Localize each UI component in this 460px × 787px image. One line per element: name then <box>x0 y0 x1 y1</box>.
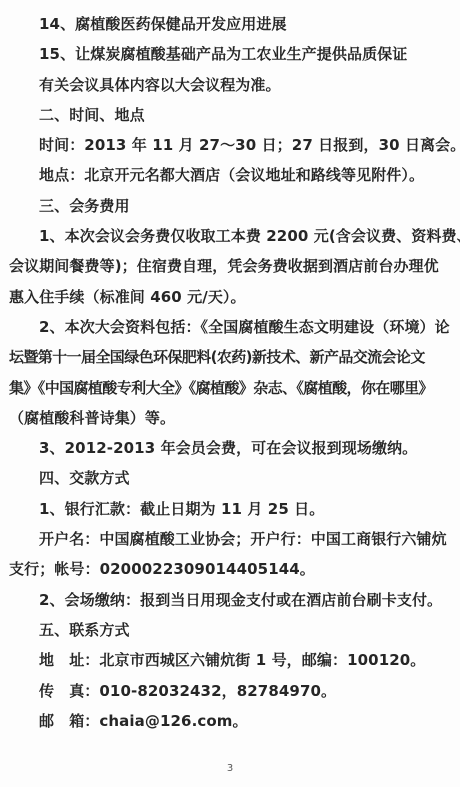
text-line: 开户名：中国腐植酸工业协会；开户行：中国工商银行六铺炕 <box>9 524 460 554</box>
text-line: 支行；帐号：0200022309014405144。 <box>9 554 460 584</box>
text-line: 地点：北京开元名都大酒店（会议地址和路线等见附件）。 <box>9 160 460 190</box>
text-line: 15、让煤炭腐植酸基础产品为工农业生产提供品质保证 <box>9 39 460 69</box>
text-line: 地 址：北京市西城区六铺炕街 1 号，邮编：100120。 <box>9 645 460 675</box>
text-line: 2、本次大会资料包括：《全国腐植酸生态文明建设（环境）论 <box>9 312 460 342</box>
text-line: 1、银行汇款：截止日期为 11 月 25 日。 <box>9 494 460 524</box>
page-number: 3 <box>0 763 460 774</box>
section-heading: 四、交款方式 <box>9 463 460 493</box>
document-page: 14、腐植酸医药保健品开发应用进展 15、让煤炭腐植酸基础产品为工农业生产提供品… <box>0 0 460 787</box>
text-line: 3、2012-2013 年会员会费，可在会议报到现场缴纳。 <box>9 433 460 463</box>
text-line: 邮 箱：chaia@126.com。 <box>9 706 460 736</box>
text-line: 1、本次会议会务费仅收取工本费 2200 元(含会议费、资料费、 <box>9 221 460 251</box>
text-line: 14、腐植酸医药保健品开发应用进展 <box>9 9 460 39</box>
text-line: 惠入住手续（标准间 460 元/天）。 <box>9 282 460 312</box>
document-body: 14、腐植酸医药保健品开发应用进展 15、让煤炭腐植酸基础产品为工农业生产提供品… <box>0 0 460 736</box>
text-line: 2、会场缴纳：报到当日用现金支付或在酒店前台刷卡支付。 <box>9 585 460 615</box>
text-line: 时间：2013 年 11 月 27～30 日；27 日报到，30 日离会。 <box>9 130 460 160</box>
section-heading: 五、联系方式 <box>9 615 460 645</box>
text-line: 集》《中国腐植酸专利大全》《腐植酸》杂志、《腐植酸，你在哪里》 <box>9 373 460 403</box>
text-line: 坛暨第十一届全国绿色环保肥料(农药)新技术、新产品交流会论文 <box>9 342 460 372</box>
text-line: 有关会议具体内容以大会议程为准。 <box>9 70 460 100</box>
section-heading: 三、会务费用 <box>9 191 460 221</box>
text-line: 会议期间餐费等)；住宿费自理，凭会务费收据到酒店前台办理优 <box>9 251 460 281</box>
text-line: （腐植酸科普诗集）等。 <box>9 403 460 433</box>
text-line: 传 真：010-82032432，82784970。 <box>9 676 460 706</box>
section-heading: 二、时间、地点 <box>9 100 460 130</box>
